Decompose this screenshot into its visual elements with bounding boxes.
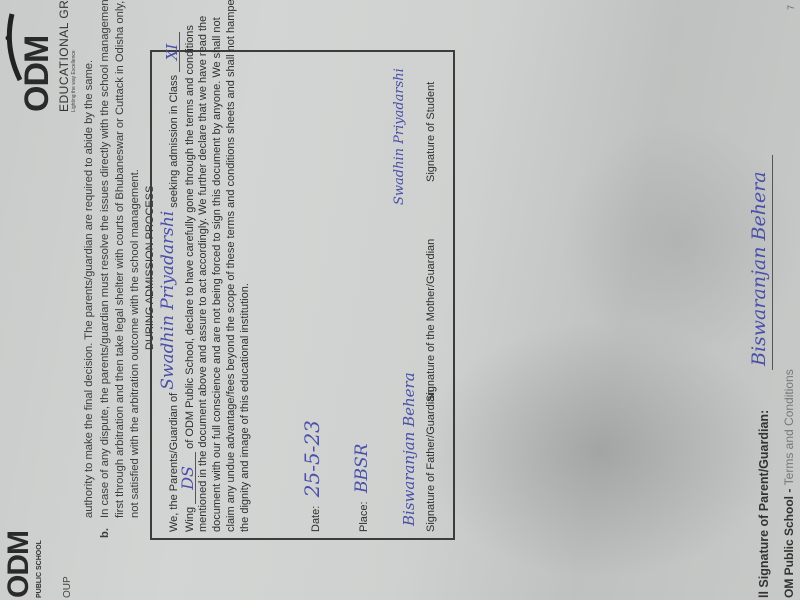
date-label: Date: [310,506,322,532]
declaration-line: mentioned in the document above and assu… [196,16,210,532]
odm-educational-group-logo: ODM EDUCATIONAL GROUP Lighting the way E… [4,2,77,112]
final-signature-label: ll Signature of Parent/Guardian: [757,410,771,598]
wing-field: DS [181,452,196,504]
declaration-line-1: We, the Parents/Guardian of Swadhin Priy… [165,32,181,532]
declaration-text: Wing [184,507,196,532]
date-row: Date: 25-5-23 [300,420,324,532]
place-row: Place: BBSR [352,444,372,532]
date-value: 25-5-23 [300,420,324,497]
declaration-line: claim any undue advantage/fees beyond th… [224,0,238,532]
runner-swoosh-icon [2,12,26,82]
logo-subtitle: PUBLIC SCHOOL [36,498,43,598]
final-signature-value: Biswaranjan Behera [748,171,770,366]
declaration-text: We, the Parents/Guardian of [168,393,180,532]
father-signature-label: Signature of Father/Guardian [425,390,437,532]
paragraph-line: In case of any dispute, the parents/guar… [98,0,113,518]
paragraph-line: authority to make the final decision. Th… [82,60,97,518]
father-signature: Biswaranjan Behera [400,372,418,526]
odm-public-school-logo: ODM PUBLIC SCHOOL [2,498,43,598]
logo-odm-text: ODM [2,498,36,598]
declaration-line: the dignity and image of this educationa… [238,283,252,532]
student-name-field: Swadhin Priyadarshi [158,211,178,390]
declaration-line: document with our full conscience and ar… [210,17,224,532]
paragraph-line: not satisfied with the arbitration outco… [128,169,143,518]
paragraph-line: first through arbitration and then take … [113,0,128,518]
declaration-line-2: Wing DS of ODM Public School, declare to… [181,25,197,532]
footer-school: OM Public School - [782,485,796,598]
student-signature: Swadhin Priyadarshi [392,68,407,205]
declaration-text: of ODM Public School, declare to have ca… [184,25,196,449]
footer: OM Public School - Terms and Conditions [782,369,796,598]
logo-subtitle: EDUCATIONAL GROUP [57,2,71,112]
signature-underline [772,155,773,370]
page-number: 7 [786,5,796,10]
logo-tagline: Lighting the way Excellence [71,2,77,112]
declaration-text: seeking admission in Class [168,75,180,208]
class-field: XI [165,32,180,72]
student-signature-label: Signature of Student [425,82,437,182]
mother-signature-label: Signature of the Mother/Guardian [425,239,437,402]
place-value: BBSR [352,444,372,493]
place-label: Place: [358,501,370,532]
footer-title: Terms and Conditions [782,369,796,485]
logo-fragment: OUP [62,576,73,598]
document-page: ODM EDUCATIONAL GROUP Lighting the way E… [0,0,800,600]
list-marker: b. [98,528,113,538]
